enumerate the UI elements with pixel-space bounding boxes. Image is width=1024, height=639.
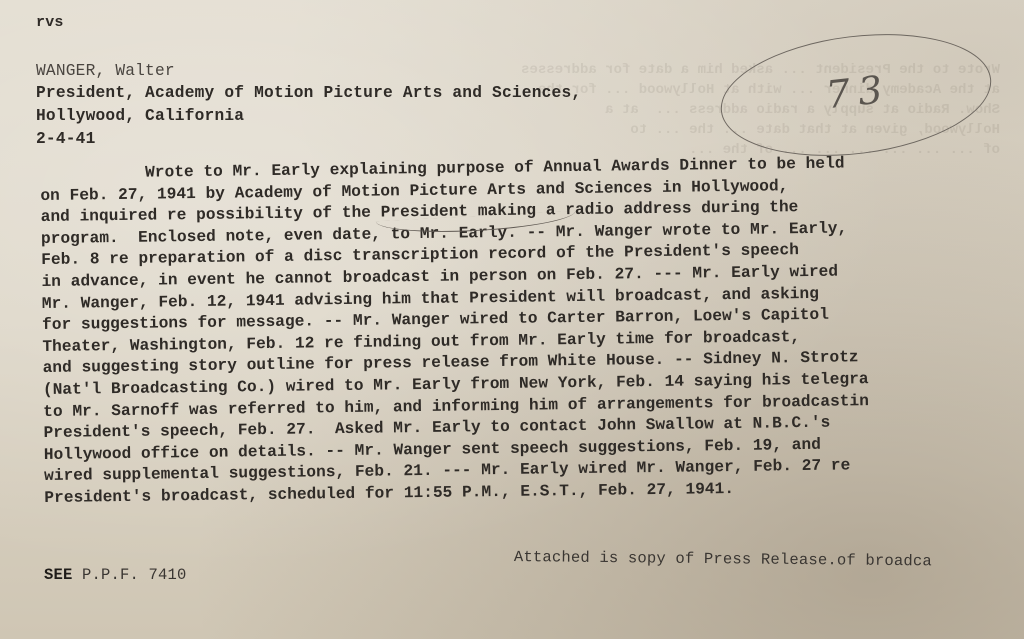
correspondent-location: Hollywood, California [36,107,244,125]
ppf-reference: P.P.F. 7410 [82,566,187,584]
correspondent-name: WANGER, Walter [36,62,175,80]
correspondent-name-text: WANGER, Walter [36,62,175,80]
correspondent-title: President, Academy of Motion Picture Art… [36,84,581,102]
handwritten-file-number: 73 [824,67,893,117]
typist-initials: rvs [36,14,64,31]
see-label: SEE [44,566,73,584]
cross-reference: SEE P.P.F. 7410 [44,566,187,584]
document-date: 2-4-41 [36,130,96,148]
summary-paragraph: Wrote to Mr. Early explaining purpose of… [40,151,1024,510]
